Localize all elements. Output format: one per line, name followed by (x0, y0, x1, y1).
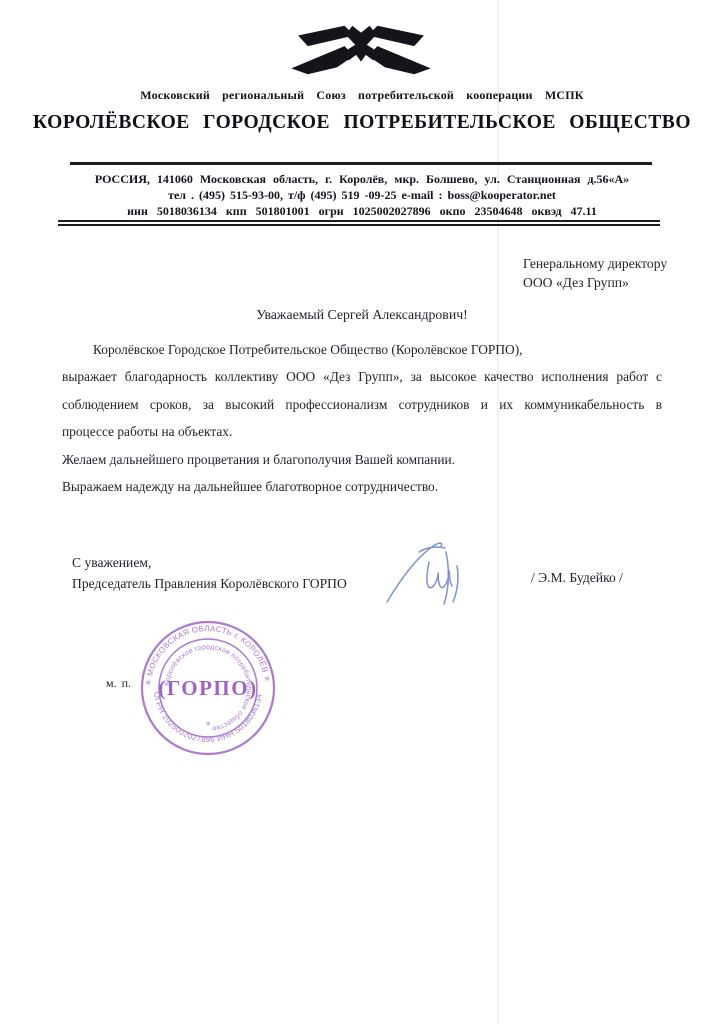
paper-fold-line (497, 0, 499, 1024)
scanned-letter-page: Московский региональный Союз потребитель… (0, 0, 724, 1024)
organization-title: КОРОЛЁВСКОЕ ГОРОДСКОЕ ПОТРЕБИТЕЛЬСКОЕ ОБ… (0, 112, 724, 134)
recipient-company: ООО «Дез Групп» (523, 273, 667, 292)
seal-place-mark: м. п. (106, 676, 131, 691)
signer-name: / Э.М. Будейко / (531, 570, 623, 586)
closing-block: С уважением, Председатель Правления Коро… (72, 553, 347, 594)
salutation: Уважаемый Сергей Александрович! (0, 307, 724, 323)
stamp-bottom-star: ✳ (205, 720, 211, 728)
body-line: процессе работы на объектах. (62, 418, 662, 445)
address-line: РОССИЯ, 141060 Московская область, г. Ко… (0, 172, 724, 187)
body-line: выражает благодарность коллективу ООО «Д… (62, 363, 662, 390)
org-logo (288, 20, 434, 80)
closing-position: Председатель Правления Королёвского ГОРП… (72, 574, 347, 595)
letterhead-rule-bottom (58, 220, 660, 226)
round-seal-stamp: ✳ МОСКОВСКАЯ ОБЛАСТЬ г. КОРОЛЁВ ✳ ОГРН 1… (136, 616, 280, 760)
body-line: Выражаем надежду на дальнейшее благотвор… (62, 473, 662, 500)
letter-body: Королёвское Городское Потребительское Об… (62, 336, 662, 500)
phone-email-line: тел . (495) 515-93-00, т/ф (495) 519 -09… (0, 188, 724, 203)
signature-scribble-icon (383, 540, 485, 608)
recipient-position: Генеральному директору (523, 254, 667, 273)
closing-regards: С уважением, (72, 553, 347, 574)
body-line: соблюдением сроков, за высокий профессио… (62, 391, 662, 418)
union-name-line: Московский региональный Союз потребитель… (0, 88, 724, 103)
letterhead-rule-top (70, 162, 652, 165)
body-line: Королёвское Городское Потребительское Об… (62, 336, 662, 363)
mspk-emblem-icon (288, 20, 434, 80)
registration-numbers-line: инн 5018036134 кпп 501801001 огрн 102500… (0, 204, 724, 219)
body-line: Желаем дальнейшего процветания и благопо… (62, 446, 662, 473)
recipient-block: Генеральному директору ООО «Дез Групп» (523, 254, 667, 292)
stamp-center-text: (ГОРПО) (158, 676, 257, 700)
handwritten-signature (383, 540, 485, 608)
seal-stamp-icon: ✳ МОСКОВСКАЯ ОБЛАСТЬ г. КОРОЛЁВ ✳ ОГРН 1… (136, 616, 280, 760)
